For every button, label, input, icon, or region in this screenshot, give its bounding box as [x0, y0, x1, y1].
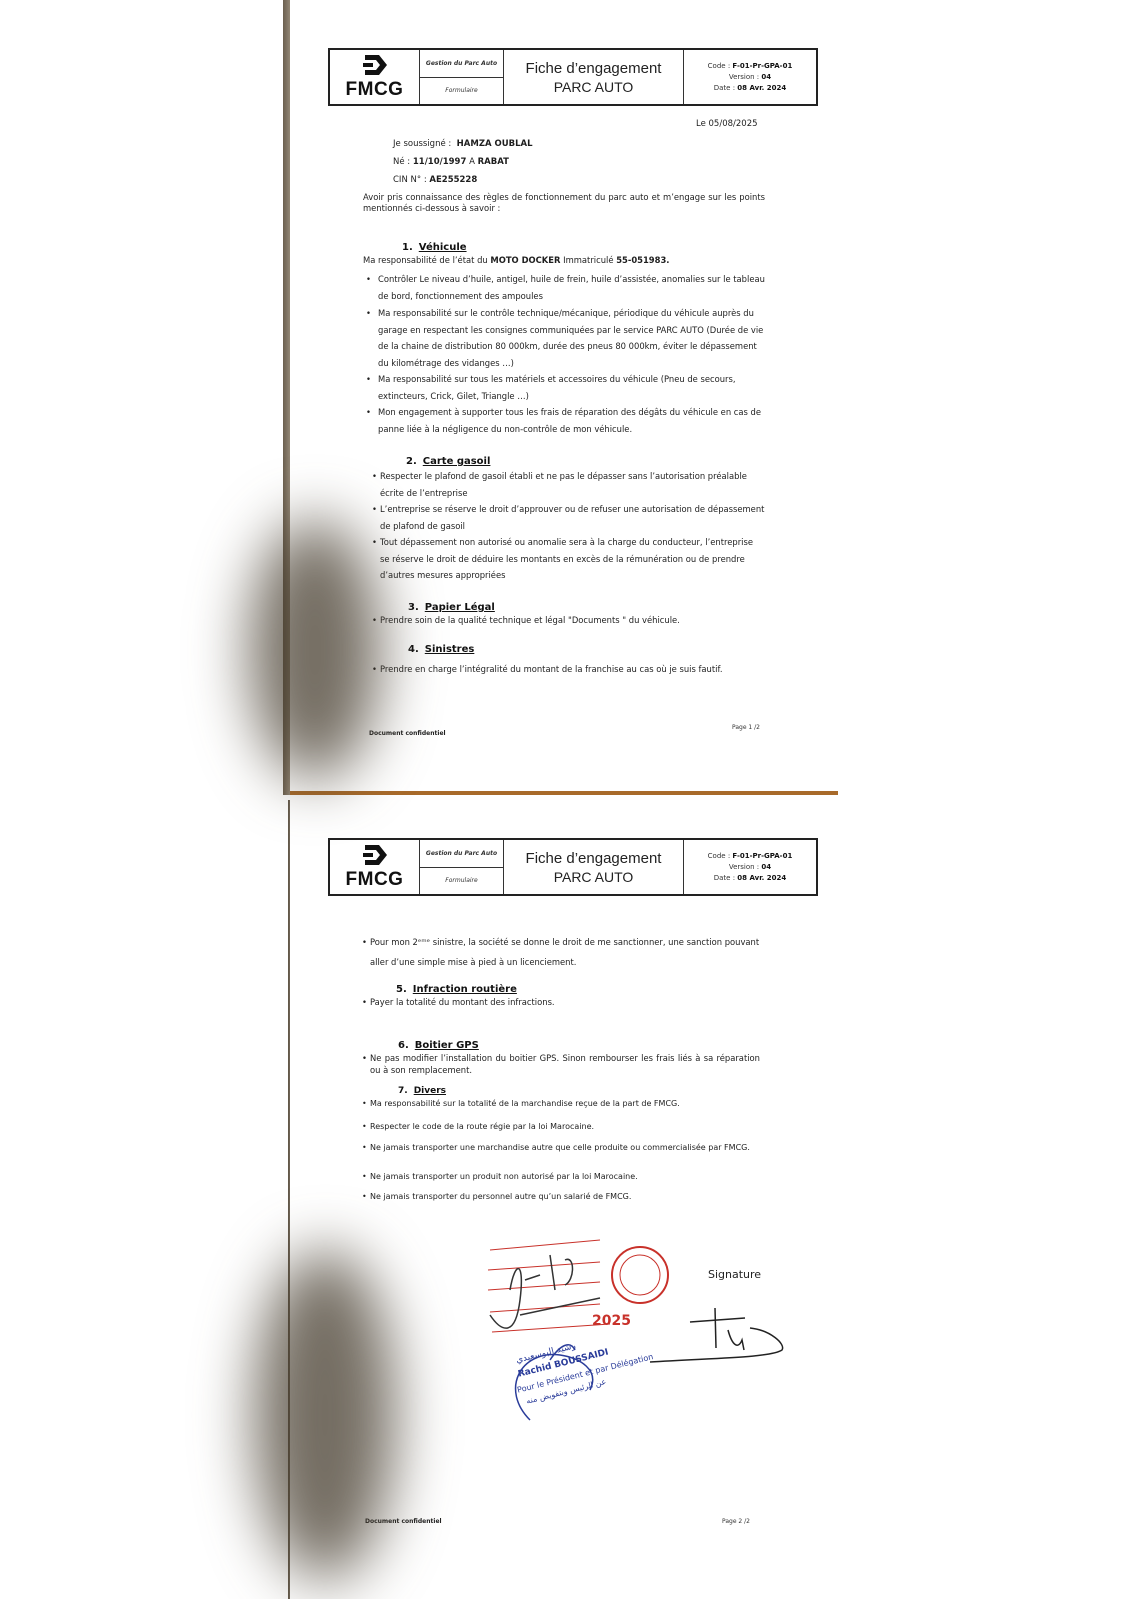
date-value: 08 Avr. 2024: [737, 84, 786, 92]
category-label: Gestion du Parc Auto: [420, 50, 503, 78]
header-title-cell: Fiche d’engagement PARC AUTO: [504, 840, 684, 894]
header-category-cell: Gestion du Parc Auto Formulaire: [420, 50, 504, 104]
list-item: •Ne jamais transporter une marchandise a…: [370, 1142, 760, 1154]
birth-place: RABAT: [478, 157, 509, 167]
version-value: 04: [761, 863, 771, 871]
section-1-title: 1.Véhicule: [402, 242, 467, 253]
list-item-text: Ne jamais transporter un produit non aut…: [370, 1172, 638, 1181]
signature-label: Signature: [708, 1268, 761, 1281]
code-label: Code :: [708, 852, 731, 860]
intro-paragraph: Avoir pris connaissance des règles de fo…: [363, 192, 765, 214]
list-item-text: Contrôler Le niveau d’huile, antigel, hu…: [378, 274, 765, 301]
employee-signature-icon: [650, 1300, 790, 1370]
bullet-icon: •: [362, 1169, 367, 1186]
header-title-cell: Fiche d’engagement PARC AUTO: [504, 50, 684, 104]
list-item-text: Ma responsabilité sur la totalité de la …: [370, 1099, 680, 1108]
code-label: Code :: [708, 62, 731, 70]
bullet-icon: •: [362, 1119, 367, 1136]
form-type-label: Formulaire: [420, 868, 503, 895]
list-item: •Prendre en charge l’intégralité du mont…: [380, 661, 765, 678]
list-item: •Respecter le plafond de gasoil établi e…: [380, 468, 765, 501]
form-type-label: Formulaire: [420, 78, 503, 105]
section-name: Divers: [414, 1086, 446, 1096]
identity-name: Je soussigné : HAMZA OUBLAL: [393, 138, 533, 150]
list-item-text: Mon engagement à supporter tous les frai…: [378, 407, 761, 434]
logo-text: FMCG: [346, 79, 404, 101]
list-item: •Ma responsabilité sur le contrôle techn…: [378, 305, 765, 371]
identity-birth: Né : 11/10/1997 A RABAT: [393, 156, 509, 168]
category-label: Gestion du Parc Auto: [420, 840, 503, 868]
list-item-text: Tout dépassement non autorisé ou anomali…: [380, 537, 753, 580]
bullet-icon: •: [372, 501, 377, 518]
document-title: Fiche d’engagement: [526, 850, 662, 867]
logo-text: FMCG: [346, 869, 404, 891]
bullet-icon: •: [362, 1052, 367, 1064]
date-value: 08 Avr. 2024: [737, 874, 786, 882]
list-item: •Tout dépassement non autorisé ou anomal…: [380, 534, 765, 584]
date-label: Date :: [714, 874, 735, 882]
section-number: 1.: [402, 242, 413, 253]
company-logo: FMCG: [330, 840, 420, 894]
list-item: •Ma responsabilité sur la totalité de la…: [370, 1096, 760, 1113]
code-value: F-01-Pr-GPA-01: [732, 62, 792, 70]
vehicle-responsibility-line: Ma responsabilité de l’état du MOTO DOCK…: [363, 254, 669, 266]
section-6-title: 6.Boitier GPS: [398, 1040, 479, 1051]
list-item-text: Pour mon 2ᵉᵐᵉ sinistre, la société se do…: [370, 937, 759, 967]
section-name: Boitier GPS: [415, 1040, 479, 1051]
name-label: Je soussigné :: [393, 139, 451, 149]
section-7-title: 7.Divers: [398, 1086, 446, 1096]
header-meta-cell: Code : F-01-Pr-GPA-01 Version : 04 Date …: [684, 50, 816, 104]
version-value: 04: [761, 73, 771, 81]
photo-shadow: [250, 520, 380, 780]
bullet-icon: •: [366, 404, 371, 421]
document-subtitle: PARC AUTO: [554, 869, 634, 885]
fmcg-arrow-logo-icon: [361, 843, 389, 867]
svg-text:2025: 2025: [592, 1313, 631, 1329]
list-item-text: Ne jamais transporter une marchandise au…: [370, 1143, 750, 1152]
name-value: HAMZA OUBLAL: [457, 139, 533, 149]
page-edge: [290, 791, 838, 795]
list-item-text: Respecter le plafond de gasoil établi et…: [380, 471, 747, 498]
code-value: F-01-Pr-GPA-01: [732, 852, 792, 860]
section-number: 4.: [408, 644, 419, 655]
vehicle-model: MOTO DOCKER: [490, 255, 560, 265]
list-item-text: Ma responsabilité sur le contrôle techni…: [378, 308, 763, 368]
footer-confidential: Document confidentiel: [369, 730, 446, 737]
bullet-icon: •: [362, 1189, 367, 1206]
list-item: •Prendre soin de la qualité technique et…: [380, 612, 765, 629]
bullet-icon: •: [362, 932, 367, 952]
bullet-icon: •: [366, 271, 371, 288]
document-subtitle: PARC AUTO: [554, 79, 634, 95]
bullet-icon: •: [362, 1142, 367, 1154]
vehicle-plate: 55-051983.: [616, 255, 669, 265]
photo-shadow: [255, 1250, 395, 1580]
list-item-text: Prendre soin de la qualité technique et …: [380, 615, 680, 625]
version-label: Version :: [729, 73, 759, 81]
document-header: FMCG Gestion du Parc Auto Formulaire Fic…: [328, 838, 818, 896]
list-item: •Pour mon 2ᵉᵐᵉ sinistre, la société se d…: [370, 932, 760, 972]
list-item: •Ma responsabilité sur tous les matériel…: [378, 371, 765, 404]
section-number: 6.: [398, 1040, 409, 1051]
header-meta-cell: Code : F-01-Pr-GPA-01 Version : 04 Date …: [684, 840, 816, 894]
fmcg-arrow-logo-icon: [361, 53, 389, 77]
list-item: •L’entreprise se réserve le droit d’appr…: [380, 501, 765, 534]
section-2-title: 2.Carte gasoil: [406, 456, 490, 467]
bullet-icon: •: [372, 468, 377, 485]
document-title: Fiche d’engagement: [526, 60, 662, 77]
section-number: 2.: [406, 456, 417, 467]
list-item: •Ne jamais transporter un produit non au…: [370, 1169, 760, 1186]
section-4-title: 4.Sinistres: [408, 644, 474, 655]
lead-mid: Immatriculé: [563, 255, 613, 265]
bullet-icon: •: [362, 1096, 367, 1113]
company-logo: FMCG: [330, 50, 420, 104]
list-item-text: Prendre en charge l’intégralité du monta…: [380, 664, 722, 674]
version-label: Version :: [729, 863, 759, 871]
section-number: 7.: [398, 1086, 408, 1096]
page-number: Page 2 /2: [722, 1518, 750, 1525]
list-item-text: Ne pas modifier l’installation du boitie…: [370, 1053, 760, 1075]
cin-value: AE255228: [429, 175, 477, 185]
document-header: FMCG Gestion du Parc Auto Formulaire Fic…: [328, 48, 818, 106]
bullet-icon: •: [366, 371, 371, 388]
section-name: Sinistres: [425, 644, 475, 655]
date-label: Date :: [714, 84, 735, 92]
list-item-text: Respecter le code de la route régie par …: [370, 1122, 594, 1131]
list-item: •Payer la totalité du montant des infrac…: [370, 994, 760, 1011]
header-category-cell: Gestion du Parc Auto Formulaire: [420, 840, 504, 894]
list-item-text: Ma responsabilité sur tous les matériels…: [378, 374, 736, 401]
birth-sep: A: [469, 157, 475, 167]
cin-label: CIN N° :: [393, 175, 427, 185]
list-item: •Ne jamais transporter du personnel autr…: [370, 1189, 760, 1206]
document-date: Le 05/08/2025: [696, 118, 758, 130]
bullet-icon: •: [366, 305, 371, 322]
list-item-text: Payer la totalité du montant des infract…: [370, 997, 555, 1007]
section-name: Véhicule: [419, 242, 467, 253]
page-number: Page 1 /2: [732, 724, 760, 731]
identity-cin: CIN N° : AE255228: [393, 174, 477, 186]
list-item: •Respecter le code de la route régie par…: [370, 1119, 760, 1136]
list-item-text: Ne jamais transporter du personnel autre…: [370, 1192, 631, 1201]
list-item: •Mon engagement à supporter tous les fra…: [378, 404, 765, 437]
lead-prefix: Ma responsabilité de l’état du: [363, 255, 488, 265]
list-item: •Ne pas modifier l’installation du boiti…: [370, 1052, 760, 1076]
bullet-icon: •: [372, 534, 377, 551]
birth-value: 11/10/1997: [413, 157, 467, 167]
list-item: •Contrôler Le niveau d’huile, antigel, h…: [378, 271, 765, 304]
list-item-text: L’entreprise se réserve le droit d’appro…: [380, 504, 764, 531]
bullet-icon: •: [362, 994, 367, 1011]
section-name: Carte gasoil: [423, 456, 491, 467]
birth-label: Né :: [393, 157, 410, 167]
